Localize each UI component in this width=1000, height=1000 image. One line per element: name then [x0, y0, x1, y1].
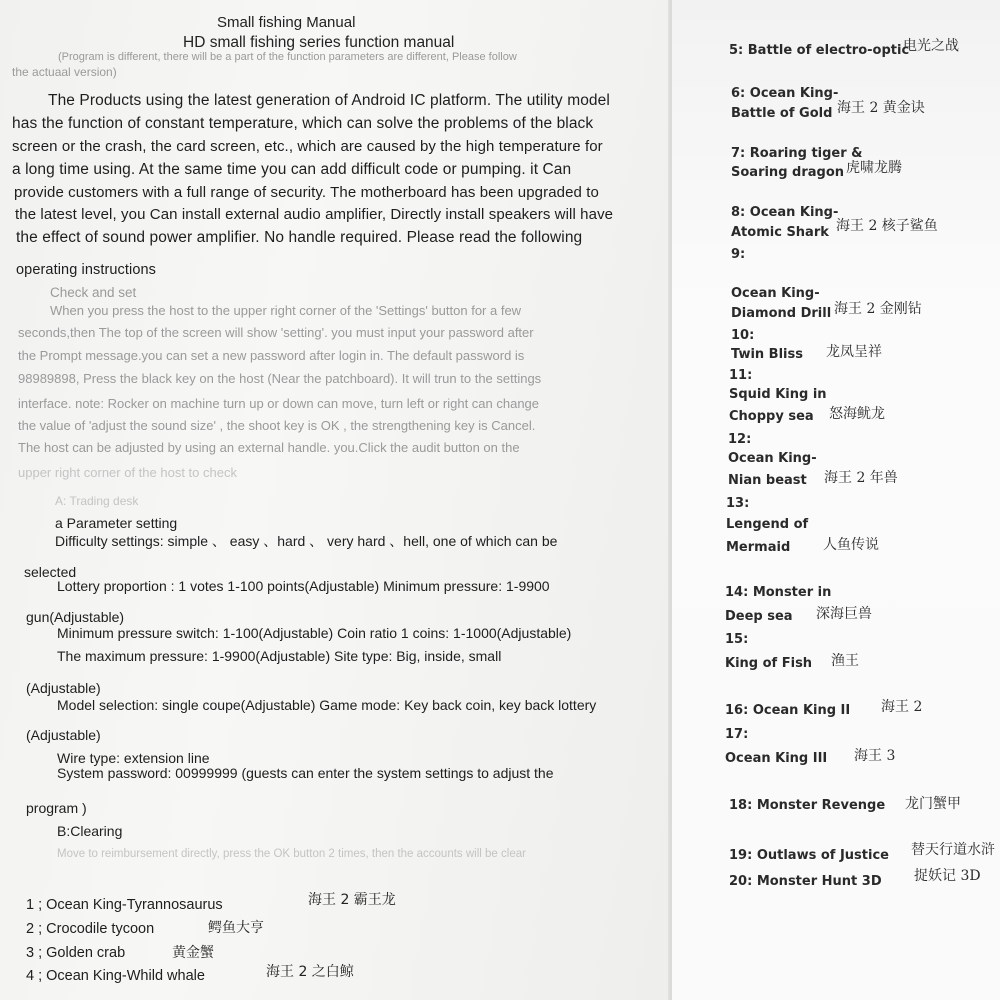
game-item-6-en-line2: Battle of Gold [731, 106, 832, 121]
manual-title: Small fishing Manual [217, 14, 355, 31]
game-item-11-number: 11: [729, 368, 752, 383]
intro-line: the latest level, you Can install extern… [15, 206, 613, 223]
version-note-line-1: (Program is different, there will be a p… [58, 51, 517, 63]
game-item-1-en: 1 ; Ocean King-Tyrannosaurus [26, 897, 223, 913]
game-item-9-en-line2: Diamond Drill [731, 306, 831, 321]
game-item-5-zh: 电光之战 [903, 35, 959, 55]
game-item-15-number: 15: [725, 632, 748, 647]
game-item-20-zh: 捉妖记 3D [914, 865, 981, 885]
game-item-10-zh: 龙凤呈祥 [826, 341, 882, 361]
game-item-12-number: 12: [728, 432, 751, 447]
game-item-2-en: 2 ; Crocodile tycoon [26, 921, 154, 937]
param-line: (Adjustable) [26, 680, 101, 696]
game-item-2-zh: 鳄鱼大亨 [208, 917, 264, 937]
game-item-16-en: 16: Ocean King II [725, 703, 850, 718]
game-item-6-zh: 海王 2 黄金诀 [837, 97, 925, 117]
game-item-18-zh: 龙门蟹甲 [905, 793, 961, 813]
manual-subtitle: HD small fishing series function manual [183, 34, 454, 52]
game-item-13-en-line1: Lengend of [726, 517, 808, 532]
game-item-11-en-line1: Squid King in [729, 387, 827, 402]
param-line: (Adjustable) [26, 727, 101, 743]
intro-line: a long time using. At the same time you … [12, 161, 571, 179]
check-line: the Prompt message.you can set a new pas… [18, 348, 524, 363]
clearing-text: Move to reimbursement directly, press th… [57, 848, 526, 860]
game-item-10-number: 10: [731, 328, 754, 343]
game-item-12-en-line1: Ocean King- [728, 451, 817, 466]
game-item-17-number: 17: [725, 727, 748, 742]
game-item-7-en-line1: 7: Roaring tiger & [731, 146, 863, 161]
game-item-5-en: 5: Battle of electro-optic [729, 43, 909, 58]
game-item-16-zh: 海王 2 [881, 696, 922, 716]
game-item-3-en: 3 ; Golden crab [26, 945, 125, 961]
param-line: gun(Adjustable) [26, 609, 124, 625]
intro-line: operating instructions [16, 262, 156, 278]
game-item-12-en-line2: Nian beast [728, 473, 807, 488]
game-item-4-en: 4 ; Ocean King-Whild whale [26, 968, 205, 984]
game-item-11-en-line2: Choppy sea [729, 409, 814, 424]
check-line: When you press the host to the upper rig… [50, 303, 521, 318]
game-item-20-en: 20: Monster Hunt 3D [729, 874, 882, 889]
game-item-9-number: 9: [731, 247, 745, 262]
manual-right-page: 5: Battle of electro-optic 电光之战 6: Ocean… [672, 0, 1000, 1000]
section-b-heading: B:Clearing [57, 823, 122, 839]
manual-left-page: Small fishing Manual HD small fishing se… [0, 0, 670, 1000]
game-item-9-zh: 海王 2 金刚钻 [834, 298, 922, 318]
check-line: upper right corner of the host to check [18, 465, 237, 480]
intro-line: The Products using the latest generation… [48, 92, 610, 110]
game-item-10-en: Twin Bliss [731, 347, 803, 362]
game-item-9-en-line1: Ocean King- [731, 286, 820, 301]
game-item-13-zh: 人鱼传说 [823, 534, 879, 554]
game-item-8-en-line2: Atomic Shark [731, 225, 829, 240]
game-item-3-zh: 黄金蟹 [172, 942, 214, 962]
game-item-14-zh: 深海巨兽 [816, 603, 872, 623]
game-item-7-en-line2: Soaring dragon [731, 165, 844, 180]
intro-line: screen or the crash, the card screen, et… [12, 138, 603, 155]
check-line: 98989898, Press the black key on the hos… [18, 371, 541, 386]
game-item-19-zh: 替天行道水浒 [911, 839, 995, 859]
check-line: interface. note: Rocker on machine turn … [18, 396, 539, 411]
game-item-15-zh: 渔王 [831, 650, 859, 670]
intro-line: the effect of sound power amplifier. No … [16, 229, 582, 247]
game-item-12-zh: 海王 2 年兽 [824, 467, 898, 487]
intro-line: provide customers with a full range of s… [14, 184, 599, 201]
check-line: the value of 'adjust the sound size' , t… [18, 418, 535, 433]
game-item-19-en: 19: Outlaws of Justice [729, 848, 889, 863]
game-item-4-zh: 海王 2 之白鲸 [266, 961, 354, 981]
game-item-14-en-line2: Deep sea [725, 609, 793, 624]
param-line: The maximum pressure: 1-9900(Adjustable)… [57, 648, 501, 664]
game-item-13-en-line2: Mermaid [726, 540, 790, 555]
param-line: System password: 00999999 (guests can en… [57, 765, 554, 781]
game-item-13-number: 13: [726, 496, 749, 511]
game-item-18-en: 18: Monster Revenge [729, 798, 885, 813]
game-item-14-en-line1: 14: Monster in [725, 585, 831, 600]
param-line: Wire type: extension line [57, 750, 210, 766]
game-item-8-zh: 海王 2 核子鲨鱼 [836, 215, 938, 235]
game-item-6-en-line1: 6: Ocean King- [731, 86, 838, 101]
parameter-setting-heading: a Parameter setting [55, 515, 177, 531]
param-line: Lottery proportion : 1 votes 1-100 point… [57, 578, 550, 594]
check-and-set-heading: Check and set [50, 285, 136, 300]
check-line: The host can be adjusted by using an ext… [18, 440, 520, 455]
game-item-17-en: Ocean King III [725, 751, 827, 766]
check-line: seconds,then The top of the screen will … [18, 325, 534, 340]
param-line: program ) [26, 800, 87, 816]
game-item-11-zh: 怒海鱿龙 [829, 403, 885, 423]
game-item-17-zh: 海王 3 [854, 745, 895, 765]
game-item-8-en-line1: 8: Ocean King- [731, 205, 838, 220]
version-note-line-2: the actuaal version) [12, 65, 117, 79]
intro-line: has the function of constant temperature… [12, 115, 593, 133]
param-line: Model selection: single coupe(Adjustable… [57, 697, 596, 713]
section-a-heading: A: Trading desk [55, 494, 138, 508]
param-line: Difficulty settings: simple 、 easy 、hard… [55, 531, 557, 551]
game-item-1-zh: 海王 2 霸王龙 [308, 889, 396, 909]
param-line: Minimum pressure switch: 1-100(Adjustabl… [57, 625, 571, 641]
game-item-7-zh: 虎啸龙腾 [846, 157, 902, 177]
game-item-15-en: King of Fish [725, 656, 812, 671]
